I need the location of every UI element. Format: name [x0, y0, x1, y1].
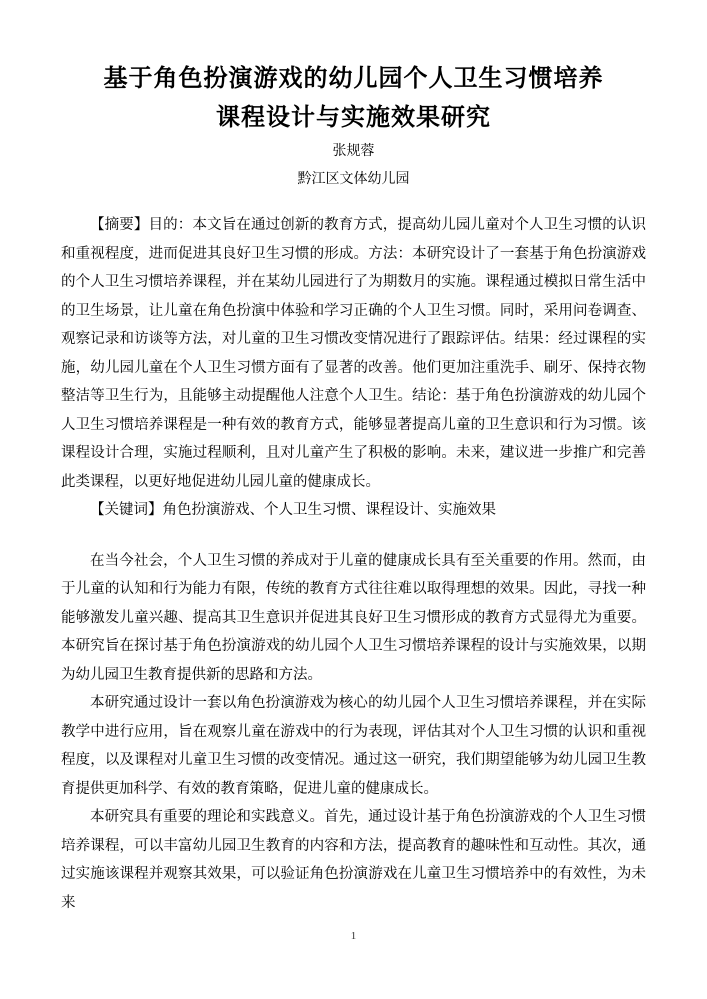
body-paragraph: 本研究具有重要的理论和实践意义。首先，通过设计基于角色扮演游戏的个人卫生习惯培养… — [61, 803, 646, 917]
paper-title: 基于角色扮演游戏的幼儿园个人卫生习惯培养 课程设计与实施效果研究 — [61, 60, 646, 138]
keywords-line: 【关键词】角色扮演游戏、个人卫生习惯、课程设计、实施效果 — [61, 496, 646, 525]
page-number: 1 — [0, 929, 707, 943]
body-paragraph: 在当今社会，个人卫生习惯的养成对于儿童的健康成长具有至关重要的作用。然而，由于儿… — [61, 547, 646, 690]
body-paragraph: 本研究通过设计一套以角色扮演游戏为核心的幼儿园个人卫生习惯培养课程，并在实际教学… — [61, 689, 646, 803]
paper-title-line2: 课程设计与实施效果研究 — [61, 99, 646, 138]
paper-title-line1: 基于角色扮演游戏的幼儿园个人卫生习惯培养 — [61, 60, 646, 99]
body-text-section: 在当今社会，个人卫生习惯的养成对于儿童的健康成长具有至关重要的作用。然而，由于儿… — [61, 547, 646, 918]
author-name: 张规蓉 — [61, 138, 646, 166]
document-page: 基于角色扮演游戏的幼儿园个人卫生习惯培养 课程设计与实施效果研究 张规蓉 黔江区… — [0, 0, 707, 999]
abstract-paragraph: 【摘要】目的：本文旨在通过创新的教育方式，提高幼儿园儿童对个人卫生习惯的认识和重… — [61, 211, 646, 496]
author-affiliation: 黔江区文体幼儿园 — [61, 166, 646, 194]
